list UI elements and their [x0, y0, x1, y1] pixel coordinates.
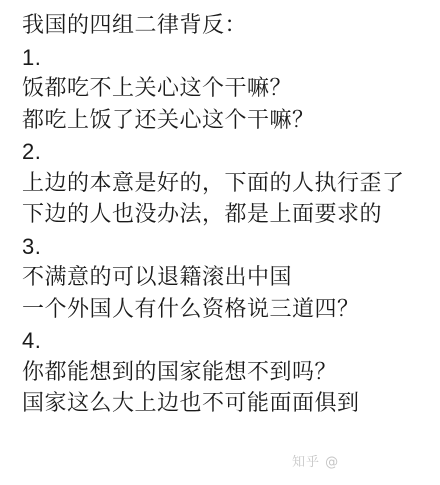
text-document: 我国的四组二律背反： 1. 饭都吃不上关心这个干嘛？ 都吃上饭了还关心这个干嘛？…	[22, 10, 432, 420]
zhihu-watermark: 知乎 @	[292, 451, 339, 470]
document-title: 我国的四组二律背反：	[22, 10, 432, 42]
section-2-line-1: 上边的本意是好的，下面的人执行歪了	[22, 168, 432, 200]
section-number-2: 2.	[22, 136, 432, 168]
section-3-line-2: 一个外国人有什么资格说三道四？	[22, 294, 432, 326]
section-4-line-2: 国家这么大上边也不可能面面俱到	[22, 388, 432, 420]
section-1-line-2: 都吃上饭了还关心这个干嘛？	[22, 105, 432, 137]
section-number-3: 3.	[22, 231, 432, 263]
section-number-1: 1.	[22, 42, 432, 74]
section-4-line-1: 你都能想到的国家能想不到吗？	[22, 357, 432, 389]
section-2-line-2: 下边的人也没办法，都是上面要求的	[22, 199, 432, 231]
section-3-line-1: 不满意的可以退籍滚出中国	[22, 262, 432, 294]
section-1-line-1: 饭都吃不上关心这个干嘛？	[22, 73, 432, 105]
section-number-4: 4.	[22, 325, 432, 357]
